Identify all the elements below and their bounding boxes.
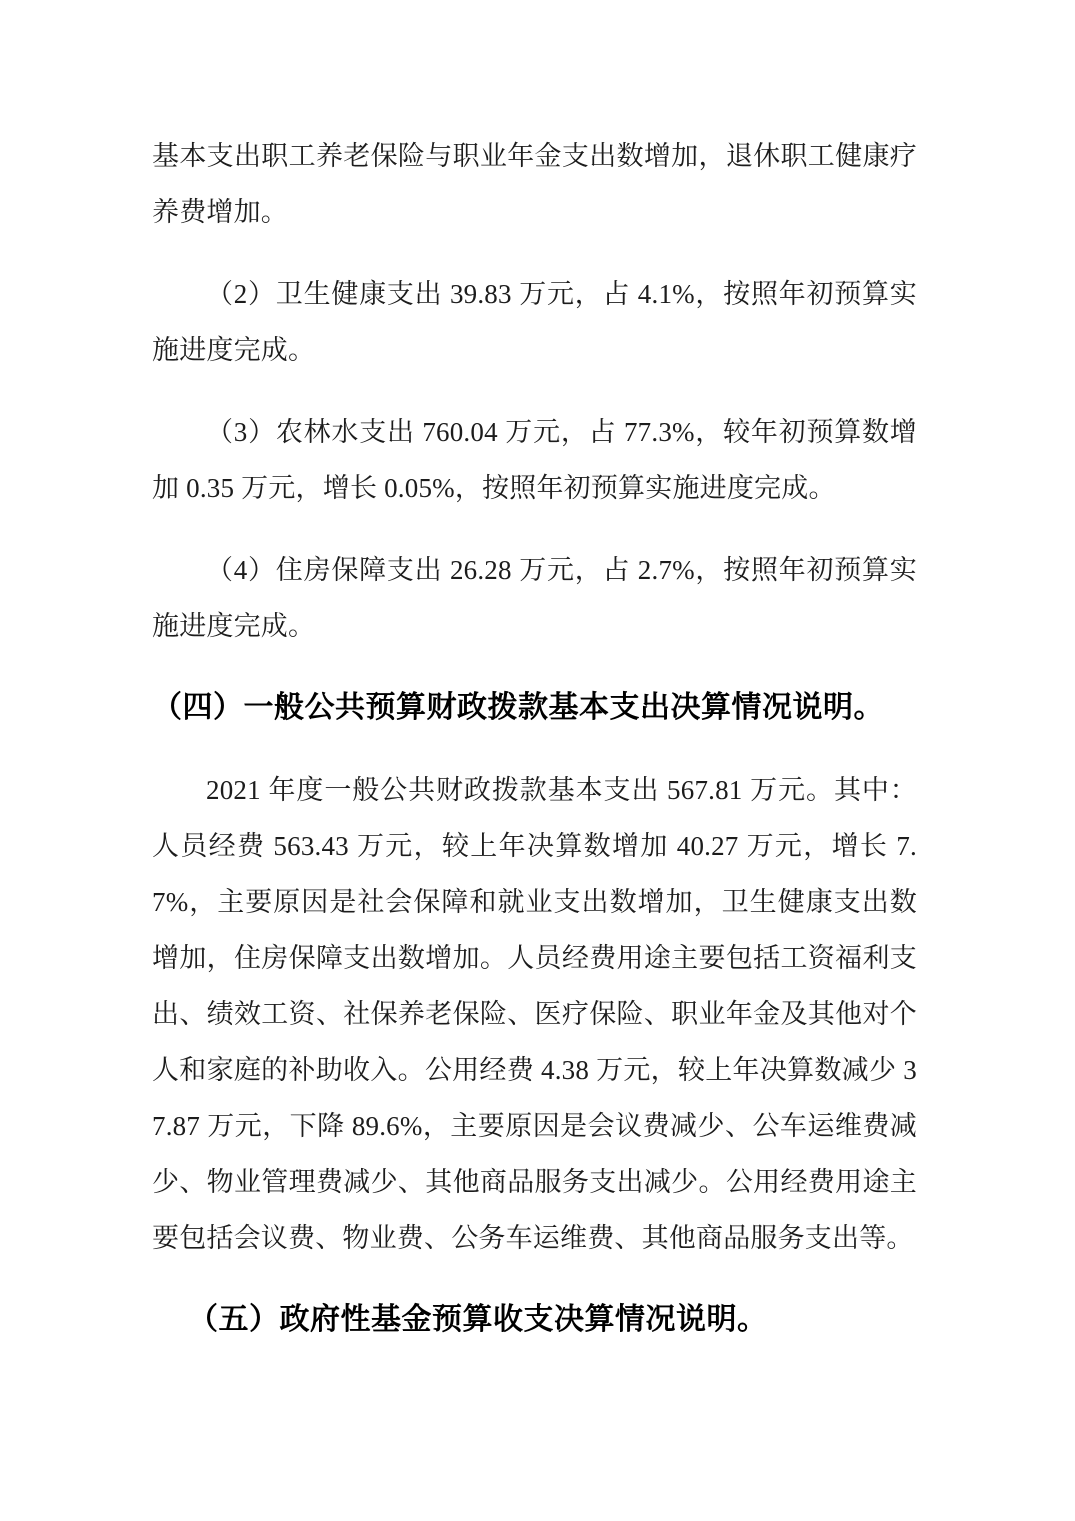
- section-heading-5-government-fund: （五）政府性基金预算收支决算情况说明。: [152, 1292, 917, 1348]
- paragraph-continuation: 基本支出职工养老保险与职业年金支出数增加，退休职工健康疗养费增加。: [152, 128, 917, 240]
- paragraph-basic-expenditure-detail: 2021 年度一般公共财政拨款基本支出 567.81 万元。其中：人员经费 56…: [152, 762, 917, 1266]
- section-heading-4-basic-expenditure: （四）一般公共预算财政拨款基本支出决算情况说明。: [152, 680, 917, 736]
- document-page: 基本支出职工养老保险与职业年金支出数增加，退休职工健康疗养费增加。 （2）卫生健…: [0, 0, 1075, 1521]
- paragraph-item-3-agriculture-expenditure: （3）农林水支出 760.04 万元，占 77.3%，较年初预算数增加 0.35…: [152, 404, 917, 516]
- paragraph-item-4-housing-expenditure: （4）住房保障支出 26.28 万元，占 2.7%，按照年初预算实施进度完成。: [152, 542, 917, 654]
- paragraph-item-2-health-expenditure: （2）卫生健康支出 39.83 万元，占 4.1%，按照年初预算实施进度完成。: [152, 266, 917, 378]
